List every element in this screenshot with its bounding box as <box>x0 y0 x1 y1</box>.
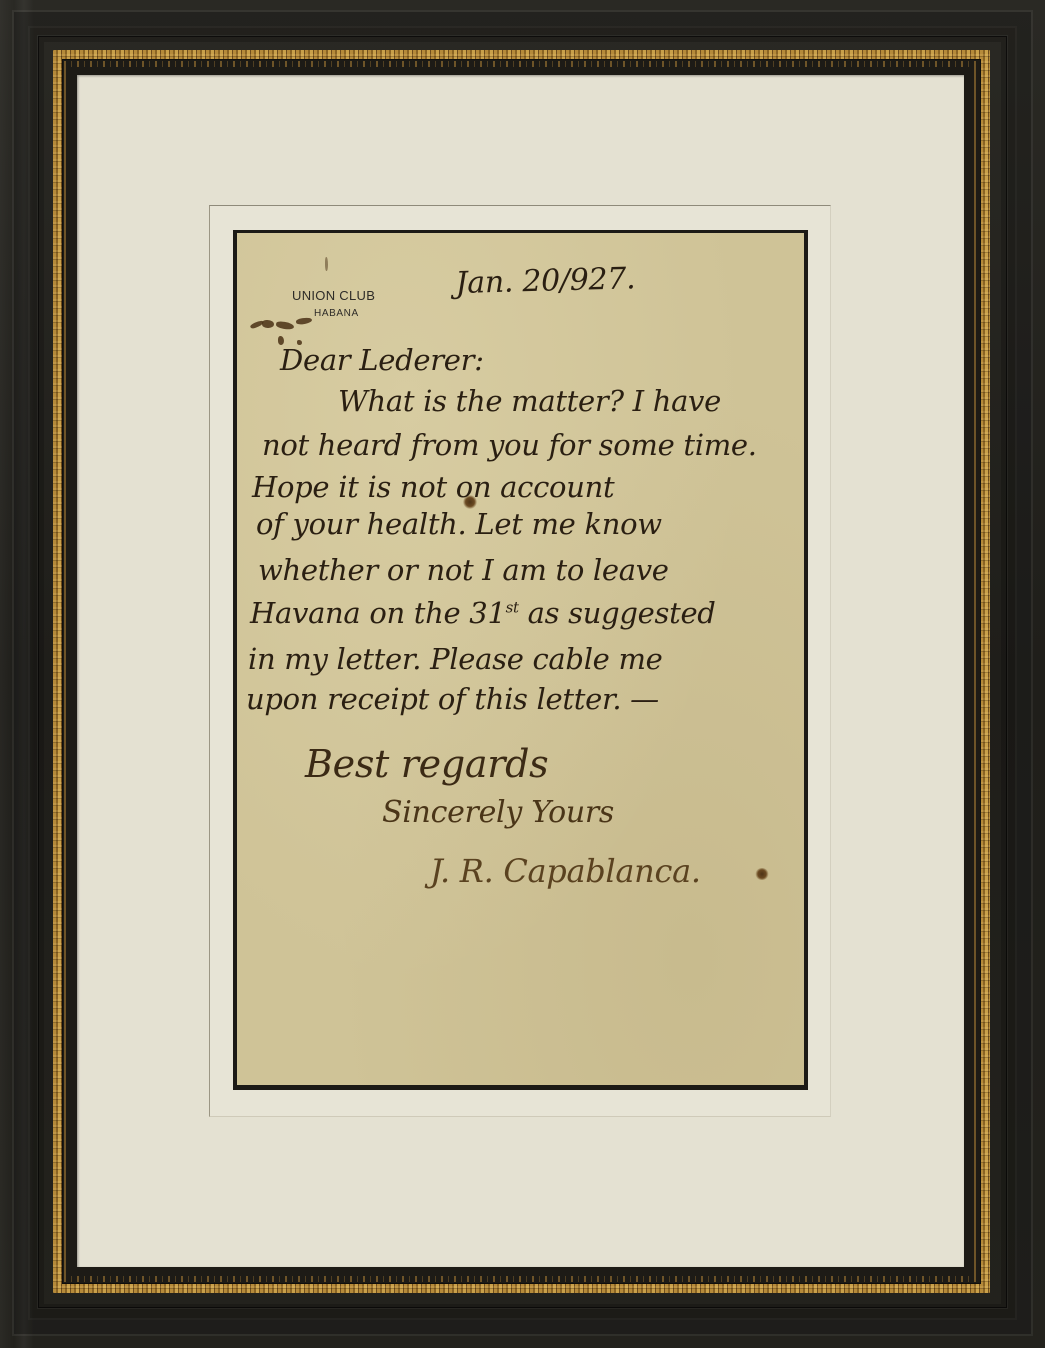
letterhead-club: UNION CLUB <box>292 288 375 303</box>
body-line: Hope it is not on account <box>252 470 614 504</box>
body-line: Havana on the 31st as suggested <box>250 596 716 630</box>
letter-signature: J. R. Capablanca. <box>430 852 701 890</box>
body-line: What is the matter? I have <box>338 384 721 418</box>
body-line-text: as suggested <box>519 596 716 630</box>
body-line: in my letter. Please cable me <box>248 642 663 676</box>
body-line: upon receipt of this letter. — <box>246 682 659 716</box>
body-line: of your health. Let me know <box>256 507 662 541</box>
letter-date: Jan. 20/927. <box>455 261 636 301</box>
framed-letter: UNION CLUB HABANA Jan. 20/927. Dear Lede… <box>0 0 1045 1348</box>
body-line: not heard from you for some time. <box>262 428 757 462</box>
letter-salutation: Dear Lederer: <box>280 343 484 377</box>
letterhead-city: HABANA <box>314 308 359 319</box>
ink-smear <box>262 320 274 328</box>
ordinal-suffix: st <box>506 598 519 616</box>
letter-valediction: Sincerely Yours <box>382 795 614 830</box>
body-line: whether or not I am to leave <box>258 553 669 587</box>
body-line-text: Havana on the 31 <box>250 596 506 630</box>
letter-closing: Best regards <box>305 742 548 786</box>
ink-mark <box>325 257 328 271</box>
ink-stain <box>755 868 769 880</box>
